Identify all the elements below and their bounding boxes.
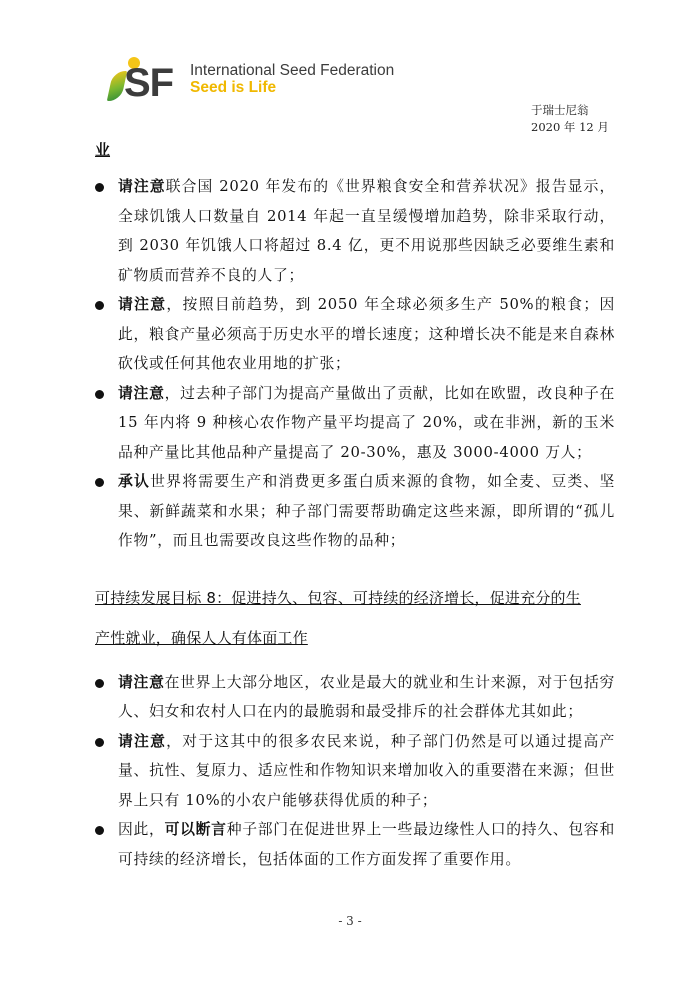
bullet-lead: 请注意: [118, 733, 166, 750]
bullet-lead: 请注意: [118, 178, 166, 195]
location: 于瑞士尼翁: [531, 102, 609, 119]
isf-logo-mark: SF: [104, 55, 186, 103]
heading-line: 可持续发展目标 8：促进持久、包容、可持续的经济增长，促进充分的生: [95, 578, 615, 618]
bullet-icon: [95, 390, 104, 399]
bullet-icon: [95, 738, 104, 747]
bullet-lead: 请注意: [118, 296, 166, 313]
header-meta: 于瑞士尼翁 2020 年 12 月: [531, 102, 609, 136]
bullet-icon: [95, 478, 104, 487]
bullet-text: 在世界上大部分地区，农业是最大的就业和生计来源，对于包括穷人、妇女和农村人口在内…: [118, 674, 615, 721]
heading-line: 产性就业，确保人人有体面工作: [95, 618, 615, 658]
section-sdg2-bullets: 请注意联合国 2020 年发布的《世界粮食安全和营养状况》报告显示，全球饥饿人口…: [95, 172, 615, 556]
bullet-icon: [95, 183, 104, 192]
tagline: Seed is Life: [190, 79, 394, 96]
section-heading-sdg8: 可持续发展目标 8：促进持久、包容、可持续的经济增长，促进充分的生 产性就业，确…: [95, 578, 615, 658]
bullet-text: 联合国 2020 年发布的《世界粮食安全和营养状况》报告显示，全球饥饿人口数量自…: [118, 178, 615, 284]
logo-mark-text: SF: [124, 63, 173, 103]
bullet-lead: 可以断言: [165, 821, 227, 838]
bullet-lead: 承认: [118, 473, 150, 490]
document-body: 请注意联合国 2020 年发布的《世界粮食安全和营养状况》报告显示，全球饥饿人口…: [95, 172, 615, 874]
bullet-text: 世界将需要生产和消费更多蛋白质来源的食物，如全麦、豆类、坚果、新鲜蔬菜和水果；种…: [118, 473, 615, 549]
bullet-item: 承认世界将需要生产和消费更多蛋白质来源的食物，如全麦、豆类、坚果、新鲜蔬菜和水果…: [95, 467, 615, 556]
bullet-text: ，过去种子部门为提高产量做出了贡献，比如在欧盟，改良种子在 15 年内将 9 种…: [118, 385, 615, 461]
bullet-pre: 因此，: [118, 821, 165, 838]
page-number: - 3 -: [0, 914, 700, 928]
continued-heading-fragment: 业: [95, 139, 110, 160]
isf-logo: SF International Seed Federation Seed is…: [104, 54, 394, 104]
bullet-text: ，对于这其中的很多农民来说，种子部门仍然是可以通过提高产量、抗性、复原力、适应性…: [118, 733, 615, 809]
bullet-item: 请注意联合国 2020 年发布的《世界粮食安全和营养状况》报告显示，全球饥饿人口…: [95, 172, 615, 290]
bullet-item: 请注意，按照目前趋势，到 2050 年全球必须多生产 50%的粮食；因此，粮食产…: [95, 290, 615, 379]
bullet-item: 请注意，过去种子部门为提高产量做出了贡献，比如在欧盟，改良种子在 15 年内将 …: [95, 379, 615, 468]
bullet-item: 请注意，对于这其中的很多农民来说，种子部门仍然是可以通过提高产量、抗性、复原力、…: [95, 727, 615, 816]
date: 2020 年 12 月: [531, 119, 609, 136]
org-name: International Seed Federation: [190, 62, 394, 79]
bullet-icon: [95, 679, 104, 688]
bullet-icon: [95, 826, 104, 835]
bullet-lead: 请注意: [118, 385, 165, 402]
logo-text: International Seed Federation Seed is Li…: [190, 62, 394, 96]
bullet-item: 请注意在世界上大部分地区，农业是最大的就业和生计来源，对于包括穷人、妇女和农村人…: [95, 668, 615, 727]
bullet-icon: [95, 301, 104, 310]
bullet-lead: 请注意: [118, 674, 165, 691]
bullet-text: ，按照目前趋势，到 2050 年全球必须多生产 50%的粮食；因此，粮食产量必须…: [118, 296, 615, 372]
bullet-item: 因此，可以断言种子部门在促进世界上一些最边缘性人口的持久、包容和可持续的经济增长…: [95, 815, 615, 874]
section-sdg8-bullets: 请注意在世界上大部分地区，农业是最大的就业和生计来源，对于包括穷人、妇女和农村人…: [95, 668, 615, 875]
